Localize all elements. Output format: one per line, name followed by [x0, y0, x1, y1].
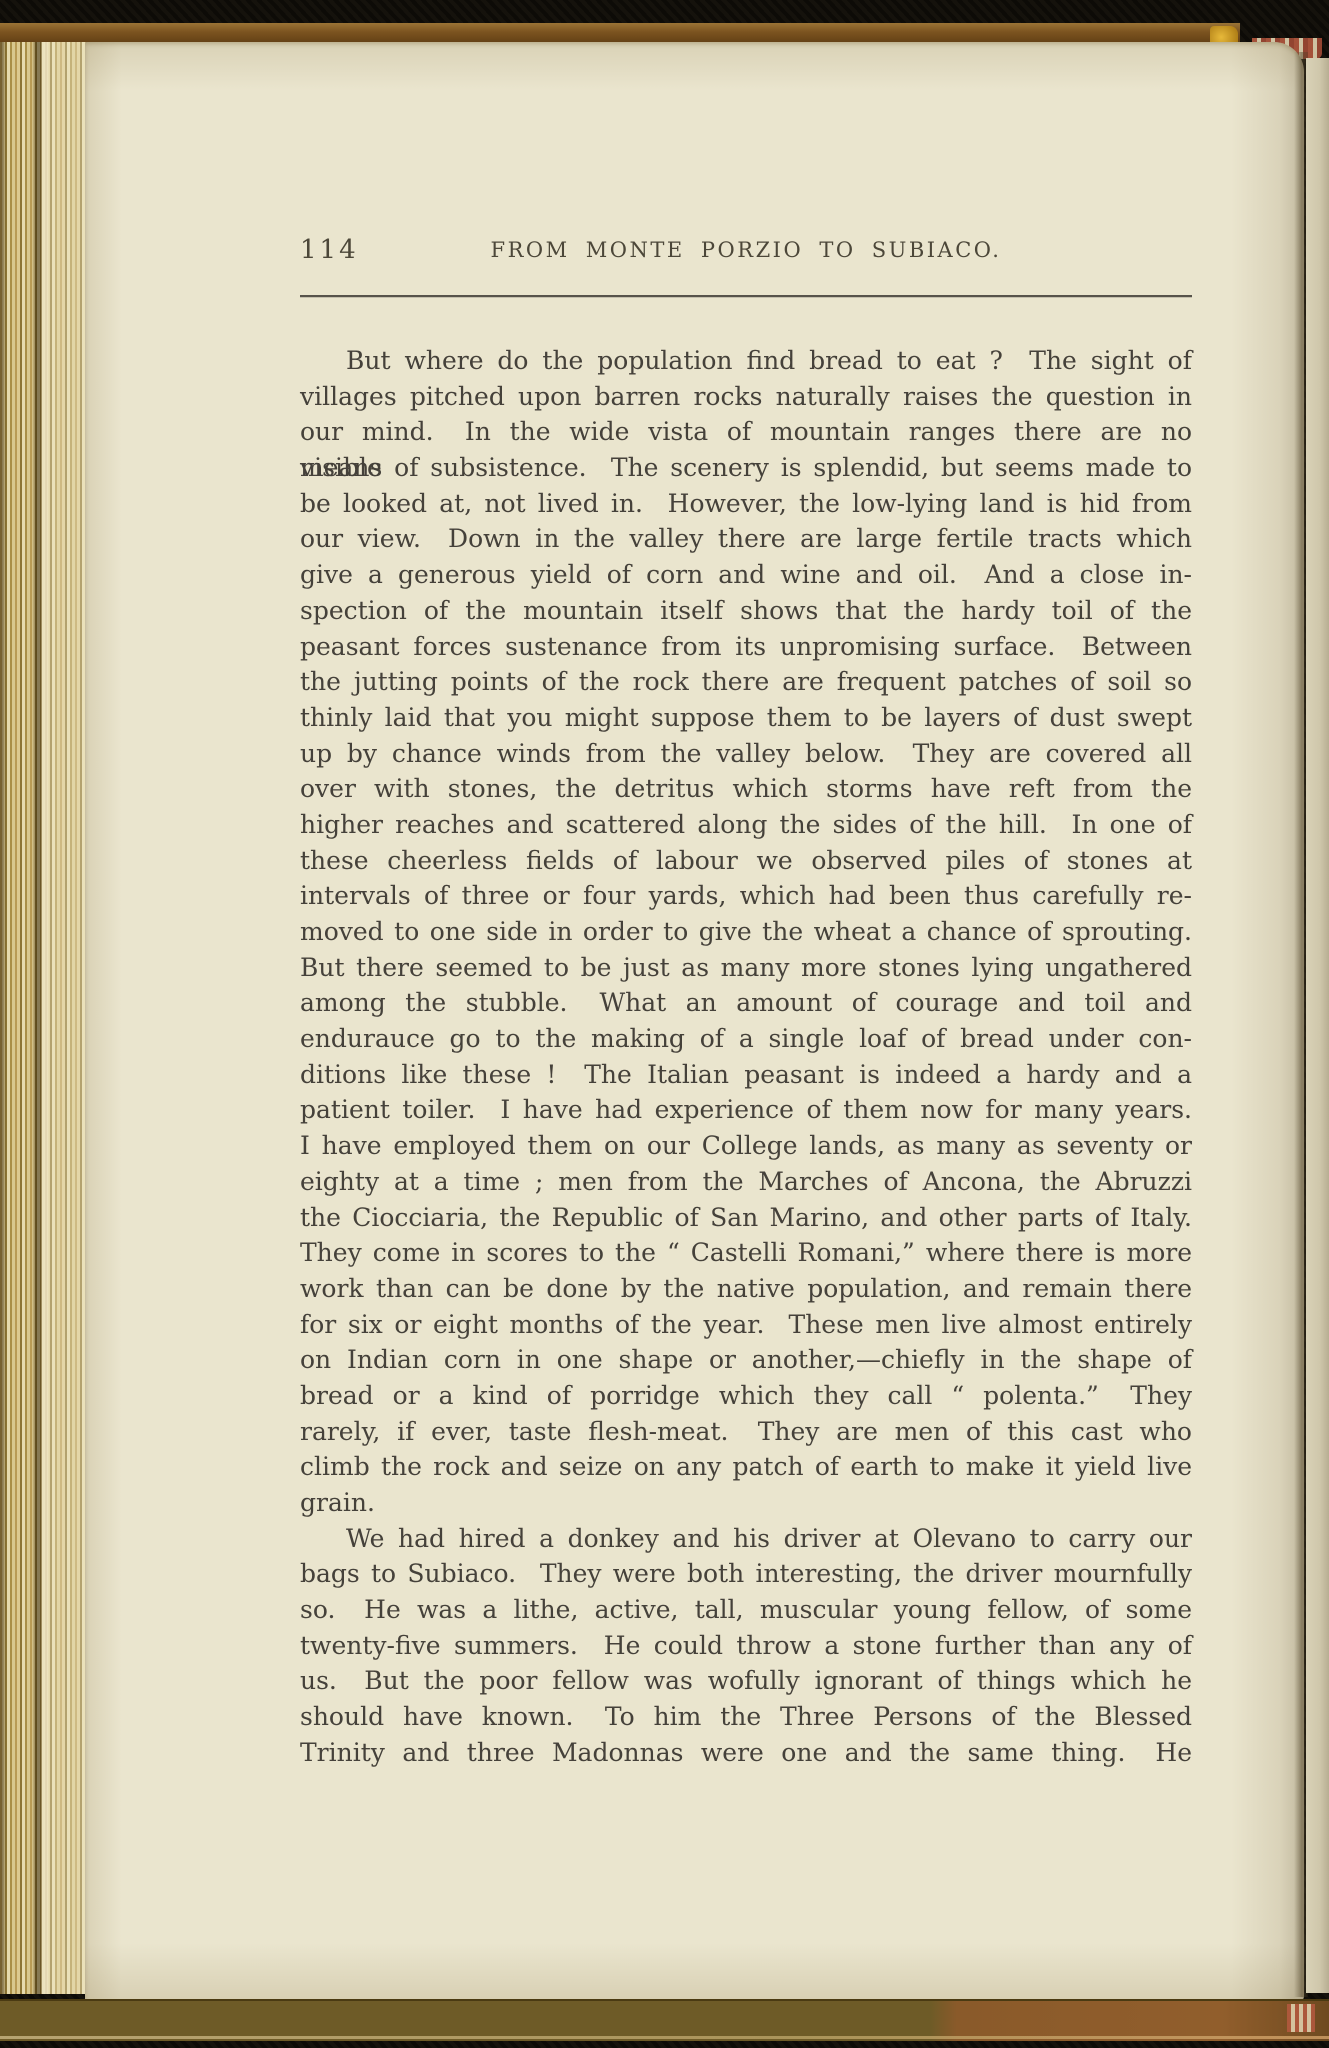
text-line: should have known. To him the Three Pers…: [300, 1699, 1192, 1735]
text-line: But where do the population find bread t…: [300, 343, 1192, 379]
text-line: us. But the poor fellow was wofully igno…: [300, 1663, 1192, 1699]
text-line: up by chance winds from the valley below…: [300, 736, 1192, 772]
text-line: bread or a kind of porridge which they c…: [300, 1378, 1192, 1414]
text-line: moved to one side in order to give the w…: [300, 914, 1192, 950]
text-line: bags to Subiaco. They were both interest…: [300, 1556, 1192, 1592]
text-line: But there seemed to be just as many more…: [300, 950, 1192, 986]
text-line: our view. Down in the valley there are l…: [300, 521, 1192, 557]
text-line: We had hired a donkey and his driver at …: [300, 1521, 1192, 1557]
text-line: Trinity and three Madonnas were one and …: [300, 1735, 1192, 1771]
text-line: for six or eight months of the year. The…: [300, 1307, 1192, 1343]
text-line: be looked at, not lived in. However, the…: [300, 486, 1192, 522]
book-page: 114 FROM MONTE PORZIO TO SUBIACO. But wh…: [85, 42, 1304, 2002]
adjacent-page-edge: [1306, 58, 1329, 1993]
fore-edge-page-stack: [0, 42, 86, 1994]
text-line: villages pitched upon barren rocks natur…: [300, 379, 1192, 415]
text-line: peasant forces sustenance from its unpro…: [300, 629, 1192, 665]
text-line: over with stones, the detritus which sto…: [300, 771, 1192, 807]
headband-bottom: [1287, 2004, 1315, 2032]
text-line: the jutting points of the rock there are…: [300, 664, 1192, 700]
body-text: But where do the population find bread t…: [300, 343, 1192, 1771]
text-line: these cheerless fields of labour we obse…: [300, 843, 1192, 879]
text-line: ditions like these ! The Italian peasant…: [300, 1057, 1192, 1093]
text-line: higher reaches and scattered along the s…: [300, 807, 1192, 843]
text-line: grain.: [300, 1485, 1192, 1521]
text-line: so. He was a lithe, active, tall, muscul…: [300, 1592, 1192, 1628]
text-line: spection of the mountain itself shows th…: [300, 593, 1192, 629]
header-rule: [300, 295, 1192, 297]
text-line: give a generous yield of corn and wine a…: [300, 557, 1192, 593]
text-line: means of subsistence. The scenery is spl…: [300, 450, 1192, 486]
text-line: thinly laid that you might suppose them …: [300, 700, 1192, 736]
text-line: endurauce go to the making of a single l…: [300, 1021, 1192, 1057]
text-line: twenty-five summers. He could throw a st…: [300, 1628, 1192, 1664]
text-line: climb the rock and seize on any patch of…: [300, 1449, 1192, 1485]
text-line: They come in scores to the “ Castelli Ro…: [300, 1235, 1192, 1271]
text-line: patient toiler. I have had experience of…: [300, 1092, 1192, 1128]
text-line: I have employed them on our College land…: [300, 1128, 1192, 1164]
text-line: eighty at a time ; men from the Marches …: [300, 1164, 1192, 1200]
bottom-cover-edge: [0, 1999, 1329, 2041]
running-title: FROM MONTE PORZIO TO SUBIACO.: [300, 238, 1192, 262]
text-line: work than can be done by the native popu…: [300, 1271, 1192, 1307]
text-line: intervals of three or four yards, which …: [300, 878, 1192, 914]
book-photo: 114 FROM MONTE PORZIO TO SUBIACO. But wh…: [0, 0, 1329, 2048]
text-line: the Ciocciaria, the Republic of San Mari…: [300, 1200, 1192, 1236]
text-line: rarely, if ever, taste flesh-meat. They …: [300, 1414, 1192, 1450]
text-line: among the stubble. What an amount of cou…: [300, 985, 1192, 1021]
text-line: on Indian corn in one shape or another,—…: [300, 1342, 1192, 1378]
text-line: our mind. In the wide vista of mountain …: [300, 414, 1192, 450]
